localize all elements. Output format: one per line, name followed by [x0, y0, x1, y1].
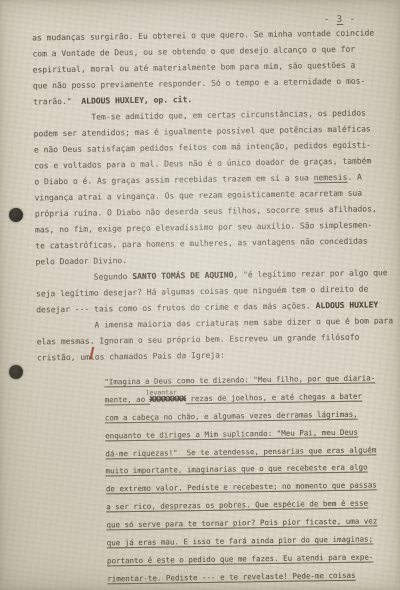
text-segment: cos e voltados para o mal. Deus não é o …	[34, 156, 371, 170]
text-segment: A imensa maioria das criaturas nem sabe …	[94, 316, 393, 329]
paragraph-huxley-continuation: as mudanças surgirão. Eu obterei o que q…	[32, 25, 383, 110]
inserted-correction-word: levantar	[145, 384, 177, 402]
text-segment: ALDOUS HUXLEY	[315, 300, 378, 310]
text-segment: podem ser atendidos; mas é igualmente po…	[34, 124, 371, 138]
text-segment: , "é legítimo rezar por algo que	[233, 268, 387, 279]
text-segment: com a cabeça no chão, e algumas vezes de…	[105, 409, 358, 422]
page-number: - 3 -	[324, 15, 356, 25]
text-segment: rimentar-te. Pediste --- e te revelaste!…	[107, 571, 355, 584]
text-segment: nemesis	[314, 173, 348, 182]
paragraph-imensa-maioria: A imensa maioria das criaturas nem sabe …	[36, 313, 387, 366]
red-corrected-char: l	[90, 350, 95, 366]
text-segment: dá-me riquezas!" Se te atendesse, pensar…	[105, 445, 376, 458]
text-segment: e não Deus satisfaçam pedidos feitos com…	[34, 140, 371, 154]
text-segment: os chamados Pais da Igreja:	[95, 351, 225, 362]
text-column: as mudanças surgirão. Eu obterei o que q…	[32, 25, 390, 589]
text-segment: SANTO TOMÁS DE AQUINO	[132, 271, 233, 281]
scanned-page: - 3 - as mudanças surgirão. Eu obterei o…	[0, 0, 400, 590]
text-segment: própria ruína. O Diabo não deserda seus …	[35, 204, 377, 218]
text-segment: te catastróficas, para homens e mulheres…	[35, 237, 367, 251]
text-segment: mas, no fim, exige preço elevadíssimo po…	[35, 220, 372, 234]
text-segment: rezas de joelhos, e até chegas a bater	[186, 392, 362, 404]
paragraph-pedidos-atendidos: Tem-se admitido que, em certas circunstâ…	[33, 105, 385, 270]
text-segment: o Diabo o é. As graças assim recebidas t…	[34, 173, 313, 186]
text-segment: as mudanças surgirão. Eu obterei o que q…	[32, 28, 374, 42]
blockquote-pai-da-igreja: "Imagina a Deus como te dizendo: "Meu fi…	[37, 369, 390, 589]
text-segment: pelo Doador Divino.	[35, 256, 127, 266]
text-segment: espiritual, moral ou até materialmente b…	[33, 61, 356, 75]
text-segment: que já eras mau. E isso te fará ainda pi…	[107, 534, 374, 547]
struck-out-word: XXXXXXXXlevantar	[150, 390, 186, 408]
paragraph-santo-tomas: Segundo SANTO TOMÁS DE AQUINO, "é legíti…	[36, 265, 387, 318]
page-number-suffix: -	[343, 15, 356, 25]
text-segment: muito importante, imaginarias que o que …	[106, 463, 368, 476]
text-segment: que não posso previamente responder. Só …	[33, 77, 365, 91]
text-line: rimentar-te. Pediste --- e te revelaste!…	[40, 566, 390, 589]
text-segment: . A	[347, 173, 362, 182]
text-segment: enquanto te diriges a Mim suplicando: "M…	[105, 427, 358, 440]
text-segment: seja legítimo desejar? Há algumas coisas…	[36, 285, 368, 299]
text-segment: Tem-se admitido que, em certas circunstâ…	[91, 109, 366, 122]
text-segment: ALDOUS HUXLEY, op. cit.	[81, 95, 192, 106]
text-segment: cristão, um	[37, 353, 90, 363]
text-segment: desejar --- tais como os frutos do crime…	[36, 301, 315, 314]
text-segment: mente, ao	[104, 395, 149, 405]
text-segment: de extremo valor. Pediste e recebeste; n…	[106, 481, 377, 494]
text-segment: Segundo	[94, 272, 133, 282]
text-segment: portanto é este o pedido que me fazes. E…	[107, 552, 374, 565]
text-segment: com a Vontade de Deus, ou se obtendo o q…	[32, 45, 355, 59]
binder-ink-dot-bottom	[9, 365, 23, 379]
page-number-prefix: -	[324, 15, 337, 25]
text-segment: elas mesmas. Ignoram o seu próprio bem. …	[37, 333, 360, 347]
text-segment: vingança atrai a vingança. Os que rezam …	[34, 189, 362, 203]
text-segment: trarão."	[33, 97, 81, 107]
text-segment: a ser rico, desprezas os pobres. Que esp…	[106, 499, 368, 512]
text-segment: que só serve para te tornar pior? Pois p…	[106, 517, 377, 530]
page-content: - 3 - as mudanças surgirão. Eu obterei o…	[0, 0, 400, 590]
binder-ink-dot-top	[9, 208, 23, 222]
